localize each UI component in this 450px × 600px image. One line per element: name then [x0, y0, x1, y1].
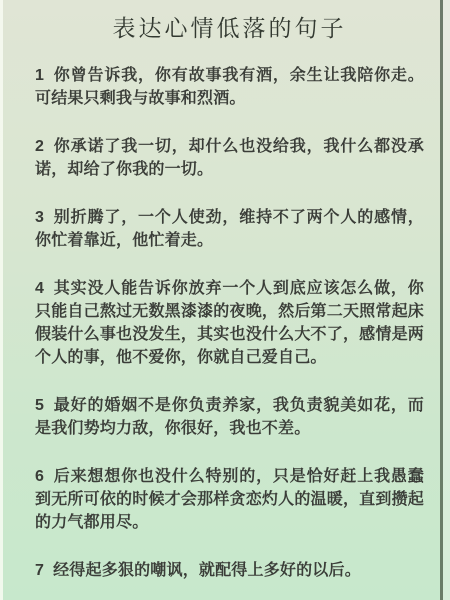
item-number: 1	[35, 64, 44, 87]
page-content: 表达心情低落的句子 1你曾告诉我，你有故事我有酒，余生让我陪你走。可结果只剩我与…	[0, 0, 450, 582]
item-number: 7	[35, 559, 44, 582]
item-text: 其实没人能告诉你放弃一个人到底应该怎么做，你只能自己熬过无数黑漆漆的夜晚，然后第…	[35, 280, 424, 366]
quote-item-1: 1你曾告诉我，你有故事我有酒，余生让我陪你走。可结果只剩我与故事和烈酒。	[35, 64, 424, 110]
item-text: 后来想想你也没什么特别的，只是恰好赶上我愚蠢到无所可依的时候才会那样贪恋灼人的温…	[35, 468, 424, 531]
quote-item-4: 4其实没人能告诉你放弃一个人到底应该怎么做，你只能自己熬过无数黑漆漆的夜晚，然后…	[35, 277, 424, 369]
item-text: 别折腾了，一个人使劲，维持不了两个人的感情，你忙着靠近，他忙着走。	[35, 209, 424, 249]
quote-item-7: 7经得起多狠的嘲讽，就配得上多好的以后。	[35, 559, 424, 582]
item-text: 经得起多狠的嘲讽，就配得上多好的以后。	[53, 562, 361, 579]
item-number: 4	[35, 277, 44, 300]
page-title: 表达心情低落的句子	[35, 14, 424, 44]
quote-item-5: 5最好的婚姻不是你负责养家，我负责貌美如花，而是我们势均力敌，你很好，我也不差。	[35, 394, 424, 440]
quote-item-3: 3别折腾了，一个人使劲，维持不了两个人的感情，你忙着靠近，他忙着走。	[35, 206, 424, 252]
quote-item-2: 2你承诺了我一切，却什么也没给我，我什么都没承诺，却给了你我的一切。	[35, 135, 424, 181]
item-number: 6	[35, 465, 44, 488]
item-text: 你承诺了我一切，却什么也没给我，我什么都没承诺，却给了你我的一切。	[35, 138, 424, 178]
quote-item-6: 6后来想想你也没什么特别的，只是恰好赶上我愚蠢到无所可依的时候才会那样贪恋灼人的…	[35, 465, 424, 534]
item-text: 最好的婚姻不是你负责养家，我负责貌美如花，而是我们势均力敌，你很好，我也不差。	[35, 397, 424, 437]
item-number: 5	[35, 394, 44, 417]
quote-page: 表达心情低落的句子 1你曾告诉我，你有故事我有酒，余生让我陪你走。可结果只剩我与…	[0, 0, 450, 600]
item-number: 2	[35, 135, 44, 158]
item-number: 3	[35, 206, 44, 229]
item-text: 你曾告诉我，你有故事我有酒，余生让我陪你走。可结果只剩我与故事和烈酒。	[35, 67, 424, 107]
